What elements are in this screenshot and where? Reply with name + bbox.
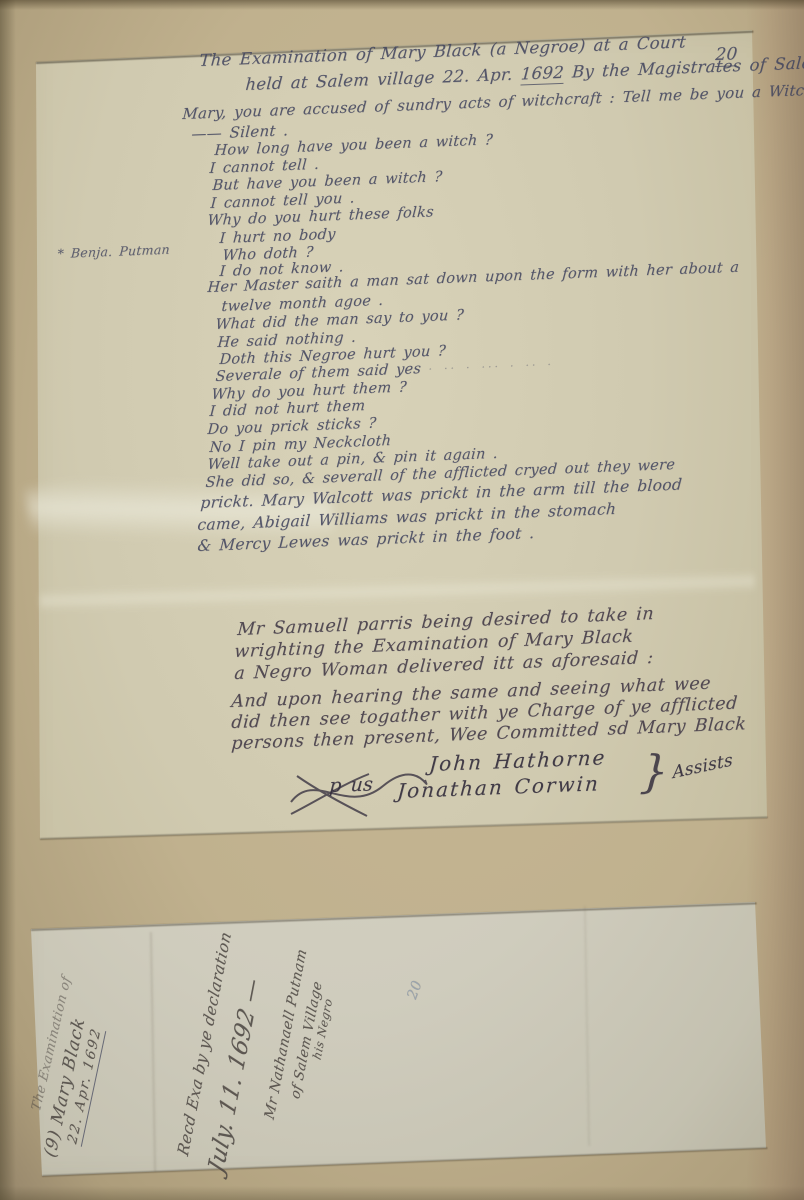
signature-brace: } — [639, 747, 671, 799]
ink-smudges: · ·· · ··· · ·· · — [428, 358, 554, 376]
photo-of-manuscript: 20 The Examination of Mary Black (a Negr… — [0, 0, 804, 1200]
signature-per-us: p us — [329, 774, 374, 798]
title-line-2-date: 1692 — [520, 63, 565, 86]
